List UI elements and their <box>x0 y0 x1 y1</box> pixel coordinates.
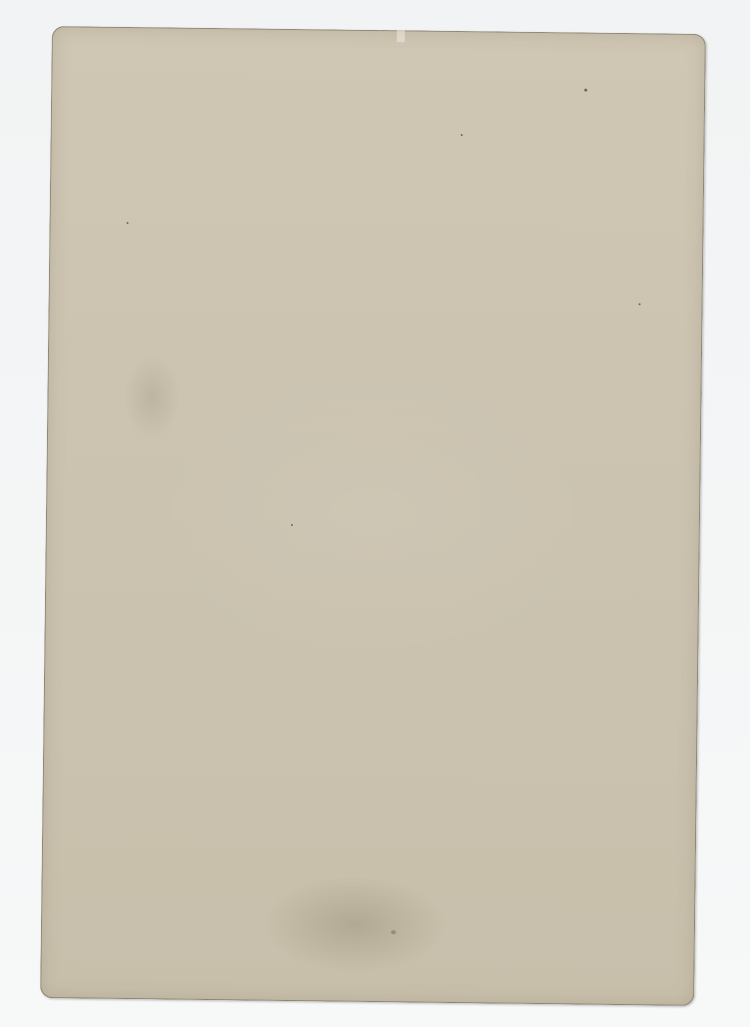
speck <box>584 89 587 92</box>
edge-notch <box>397 30 405 42</box>
speck <box>639 303 641 305</box>
speck <box>461 134 463 136</box>
speck <box>291 524 293 526</box>
speck <box>127 222 129 224</box>
speck <box>391 930 396 934</box>
blank-card <box>40 26 706 1006</box>
